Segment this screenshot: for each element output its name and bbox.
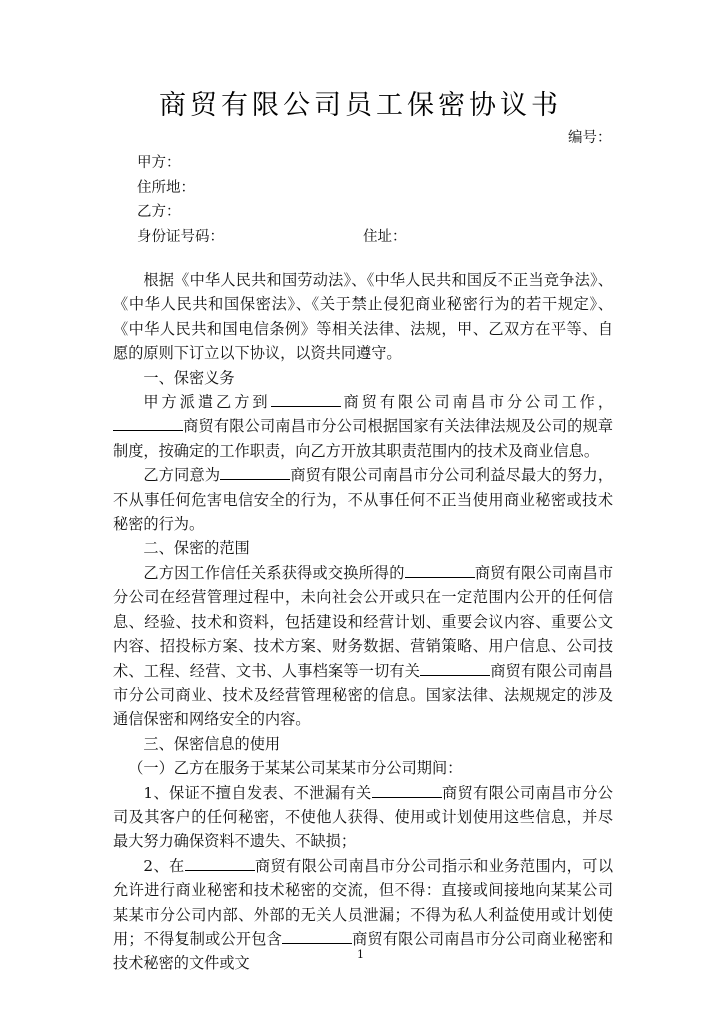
text-segment: 商贸有限公司南昌市分公司工作， [341, 393, 613, 411]
text-segment: 2、在 [143, 857, 184, 875]
party-b-field: 乙方： [137, 202, 181, 222]
body-paragraph: 乙方同意为商贸有限公司南昌市分公司利益尽最大的努力，不从事任何危害电信安全的行为… [113, 463, 613, 536]
text-segment: 商贸有限公司南昌市分公司根据国家有关法律法规及公司的规章制度，按确定的工作职责，… [113, 417, 613, 459]
text-segment: 二、保密的范围 [143, 539, 249, 557]
fill-blank [372, 783, 442, 798]
fill-blank [271, 392, 341, 407]
id-number-field: 身份证号码： [137, 227, 224, 247]
fill-blank [113, 416, 183, 431]
body-paragraph: 1、保证不擅自发表、不泄漏有关商贸有限公司南昌市分公司及其客户的任何秘密，不使他… [113, 781, 613, 854]
text-segment: 根据《中华人民共和国劳动法》、《中华人民共和国反不正当竞争法》、《中华人民共和国… [113, 271, 613, 362]
text-segment: 乙方因工作信任关系获得或交换所得的 [143, 564, 404, 582]
fill-blank [405, 563, 475, 578]
doc-number-label: 编号： [568, 128, 612, 148]
fill-blank [420, 661, 490, 676]
text-segment: 三、保密信息的使用 [143, 735, 280, 753]
text-segment: 1、保证不擅自发表、不泄漏有关 [143, 784, 371, 802]
text-segment: 甲方派遣乙方到 [143, 393, 270, 411]
text-segment: （一）乙方在服务于某某公司某某市分公司期间： [128, 759, 462, 777]
fill-blank [282, 929, 352, 944]
text-segment: 一、保密义务 [143, 369, 234, 387]
agreement-body: 根据《中华人民共和国劳动法》、《中华人民共和国反不正当竞争法》、《中华人民共和国… [113, 268, 613, 976]
fill-blank [220, 465, 290, 480]
subsection-heading: （一）乙方在服务于某某公司某某市分公司期间： [113, 756, 613, 780]
fill-blank [185, 856, 255, 871]
section-heading: 一、保密义务 [113, 366, 613, 390]
preamble-paragraph: 根据《中华人民共和国劳动法》、《中华人民共和国反不正当竞争法》、《中华人民共和国… [113, 268, 613, 366]
page-number: 1 [0, 948, 721, 961]
party-b-address-field: 住址： [363, 227, 407, 247]
document-title: 商贸有限公司员工保密协议书 [0, 88, 721, 124]
section-heading: 三、保密信息的使用 [113, 732, 613, 756]
body-paragraph: 甲方派遣乙方到商贸有限公司南昌市分公司工作，商贸有限公司南昌市分公司根据国家有关… [113, 390, 613, 463]
party-a-field: 甲方： [137, 153, 181, 173]
text-segment: 乙方同意为 [143, 466, 220, 484]
body-paragraph: 乙方因工作信任关系获得或交换所得的商贸有限公司南昌市分公司在经营管理过程中，未向… [113, 561, 613, 732]
document-page: 商贸有限公司员工保密协议书 编号： 甲方： 住所地： 乙方： 身份证号码： 住址… [0, 0, 721, 1020]
party-a-address-field: 住所地： [137, 178, 195, 198]
section-heading: 二、保密的范围 [113, 536, 613, 560]
